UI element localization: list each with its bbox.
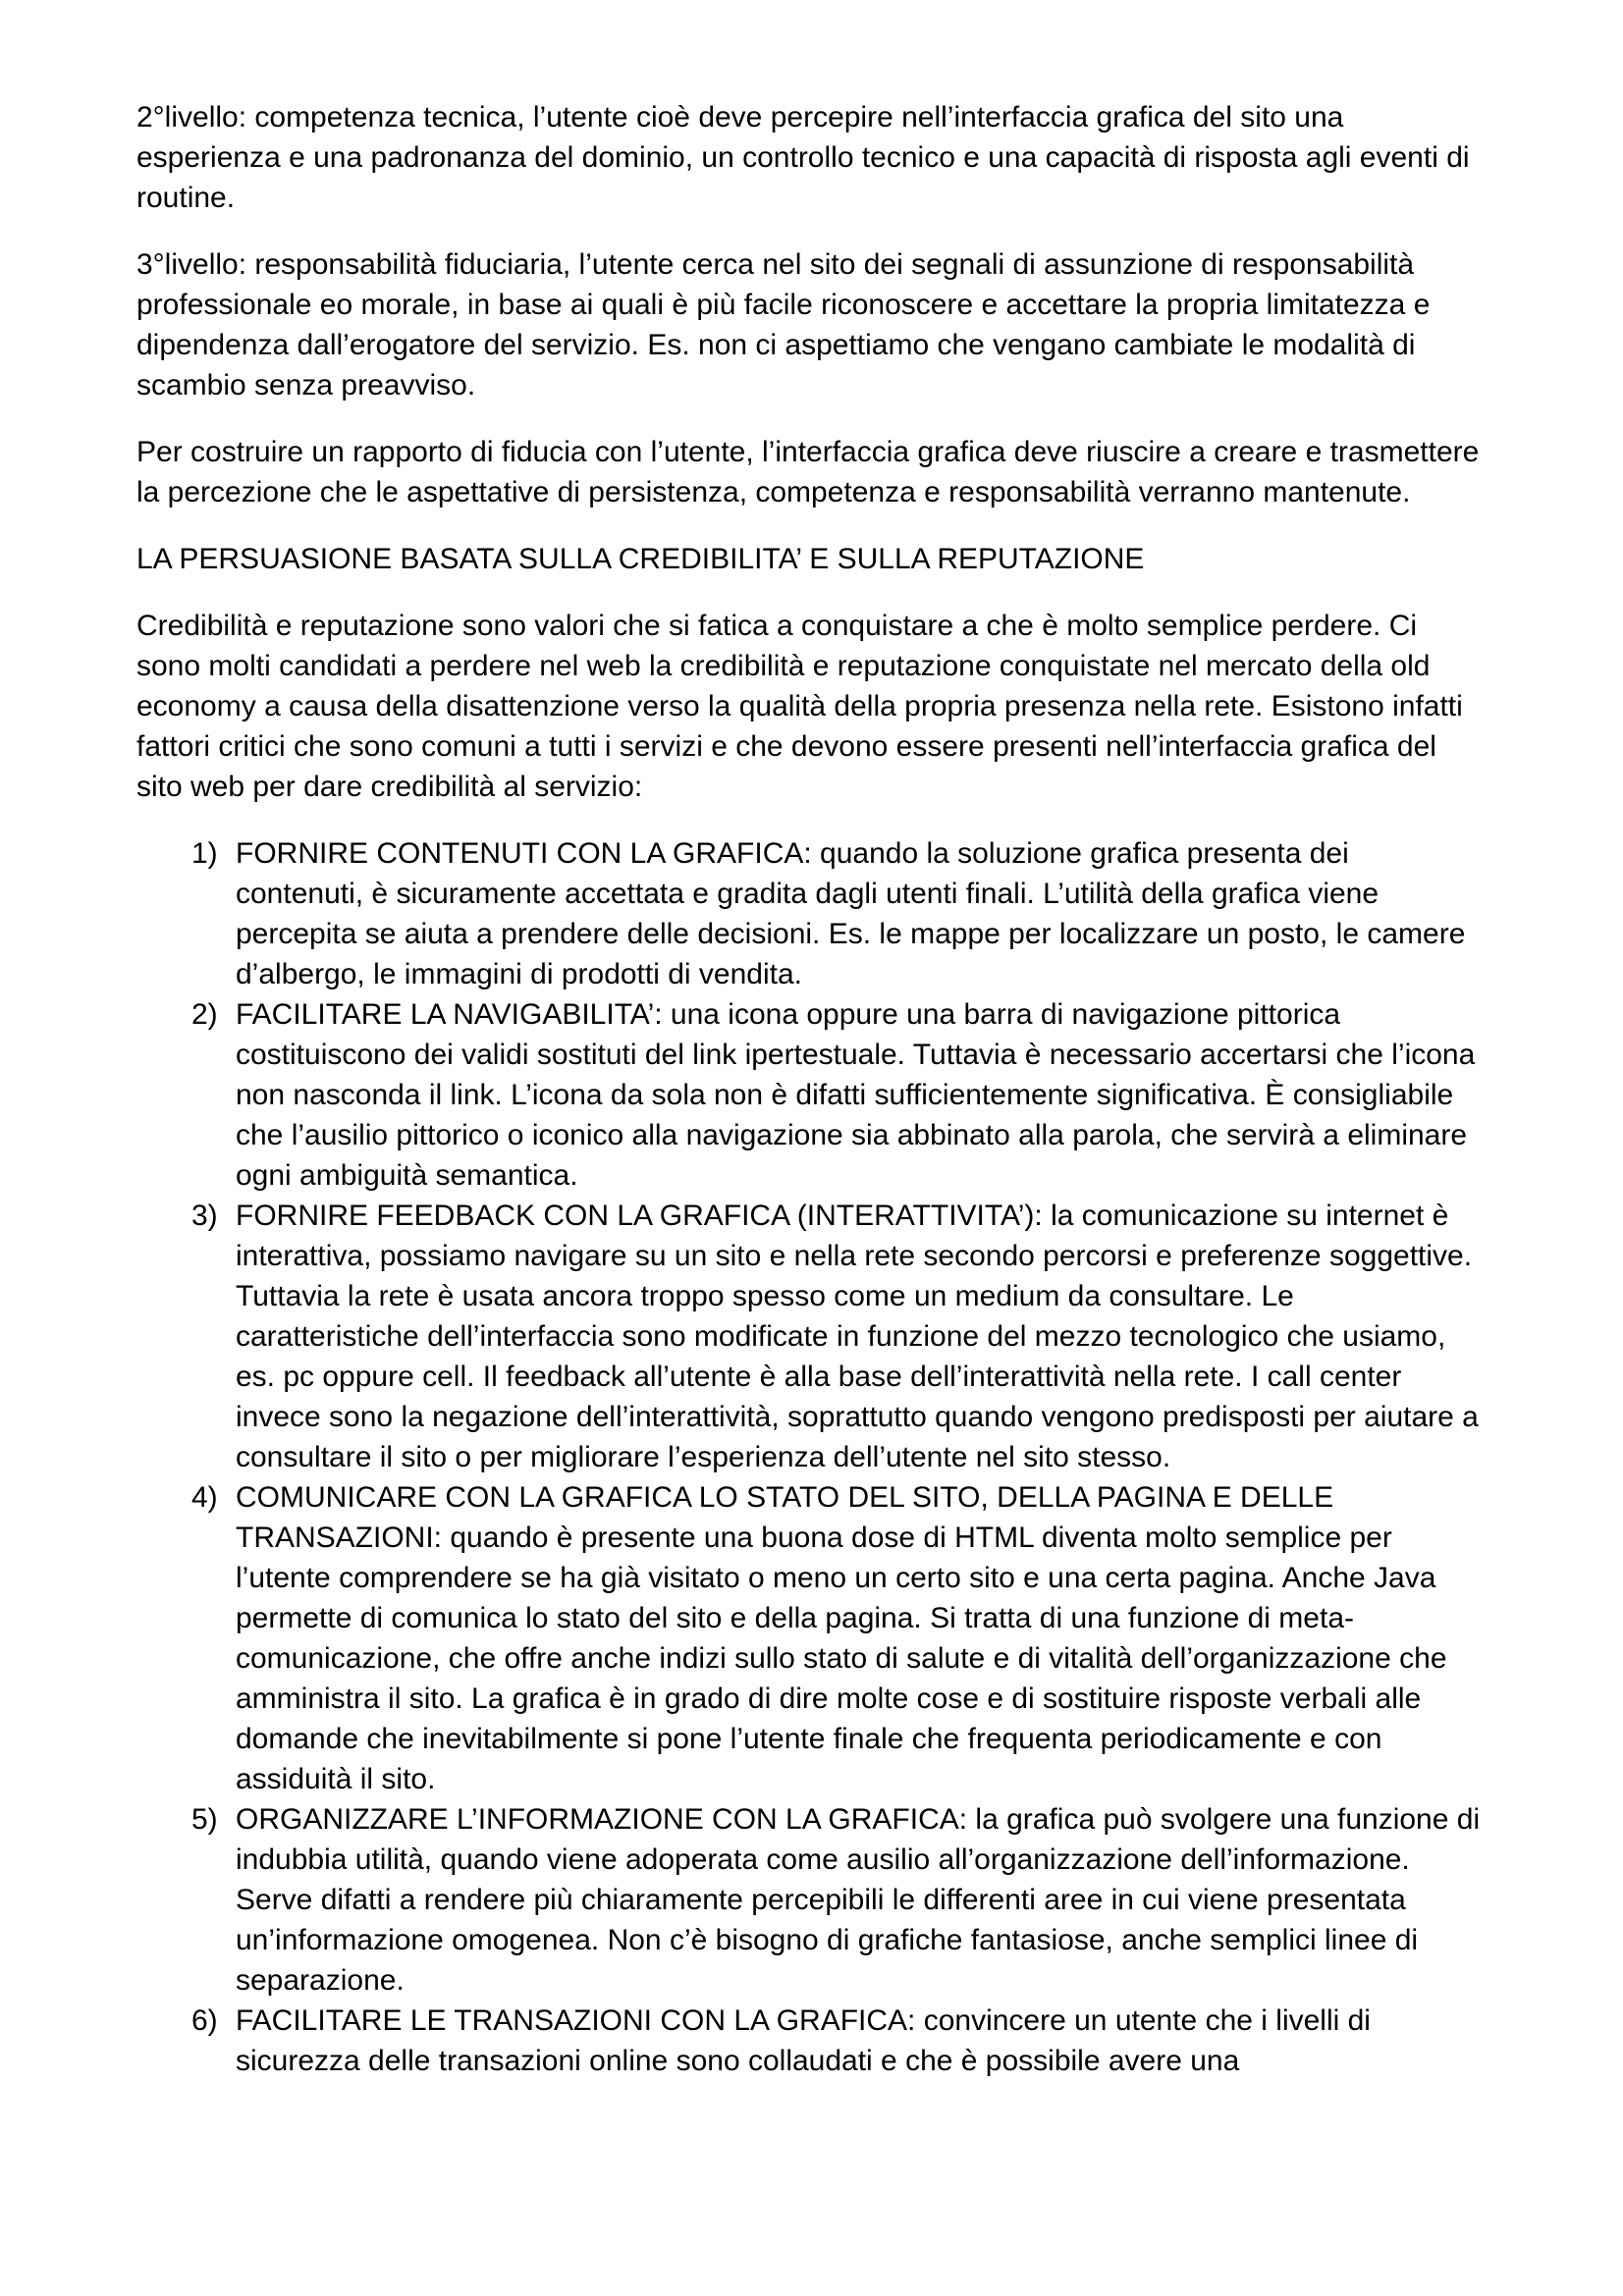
paragraph-rapporto-fiducia: Per costruire un rapporto di fiducia con… <box>136 432 1485 512</box>
list-item-number: 3) <box>191 1196 236 1477</box>
paragraph-level2-competenza: 2°livello: competenza tecnica, l’utente … <box>136 97 1485 218</box>
paragraph-level3-responsabilita: 3°livello: responsabilità fiduciaria, l’… <box>136 244 1485 405</box>
list-item-organizzare-informazione: 5) ORGANIZZARE L’INFORMAZIONE CON LA GRA… <box>191 1799 1485 2001</box>
list-item-number: 2) <box>191 994 236 1196</box>
critical-factors-list: 1) FORNIRE CONTENUTI CON LA GRAFICA: qua… <box>136 833 1485 2081</box>
list-item-text: FORNIRE FEEDBACK CON LA GRAFICA (INTERAT… <box>236 1196 1485 1477</box>
paragraph-credibilita-reputazione: Credibilità e reputazione sono valori ch… <box>136 606 1485 807</box>
list-item-number: 6) <box>191 2001 236 2081</box>
list-item-fornire-contenuti: 1) FORNIRE CONTENUTI CON LA GRAFICA: qua… <box>191 833 1485 994</box>
list-item-text: FACILITARE LA NAVIGABILITA’: una icona o… <box>236 994 1485 1196</box>
list-item-facilitare-navigabilita: 2) FACILITARE LA NAVIGABILITA’: una icon… <box>191 994 1485 1196</box>
list-item-number: 4) <box>191 1477 236 1799</box>
list-item-number: 5) <box>191 1799 236 2001</box>
list-item-text: FACILITARE LE TRANSAZIONI CON LA GRAFICA… <box>236 2001 1485 2081</box>
list-item-comunicare-stato: 4) COMUNICARE CON LA GRAFICA LO STATO DE… <box>191 1477 1485 1799</box>
document-page: 2°livello: competenza tecnica, l’utente … <box>0 0 1623 2296</box>
list-item-fornire-feedback: 3) FORNIRE FEEDBACK CON LA GRAFICA (INTE… <box>191 1196 1485 1477</box>
section-heading-persuasione: LA PERSUASIONE BASATA SULLA CREDIBILITA’… <box>136 539 1485 579</box>
list-item-text: FORNIRE CONTENUTI CON LA GRAFICA: quando… <box>236 833 1485 994</box>
list-item-number: 1) <box>191 833 236 994</box>
list-item-text: ORGANIZZARE L’INFORMAZIONE CON LA GRAFIC… <box>236 1799 1485 2001</box>
list-item-text: COMUNICARE CON LA GRAFICA LO STATO DEL S… <box>236 1477 1485 1799</box>
list-item-facilitare-transazioni: 6) FACILITARE LE TRANSAZIONI CON LA GRAF… <box>191 2001 1485 2081</box>
